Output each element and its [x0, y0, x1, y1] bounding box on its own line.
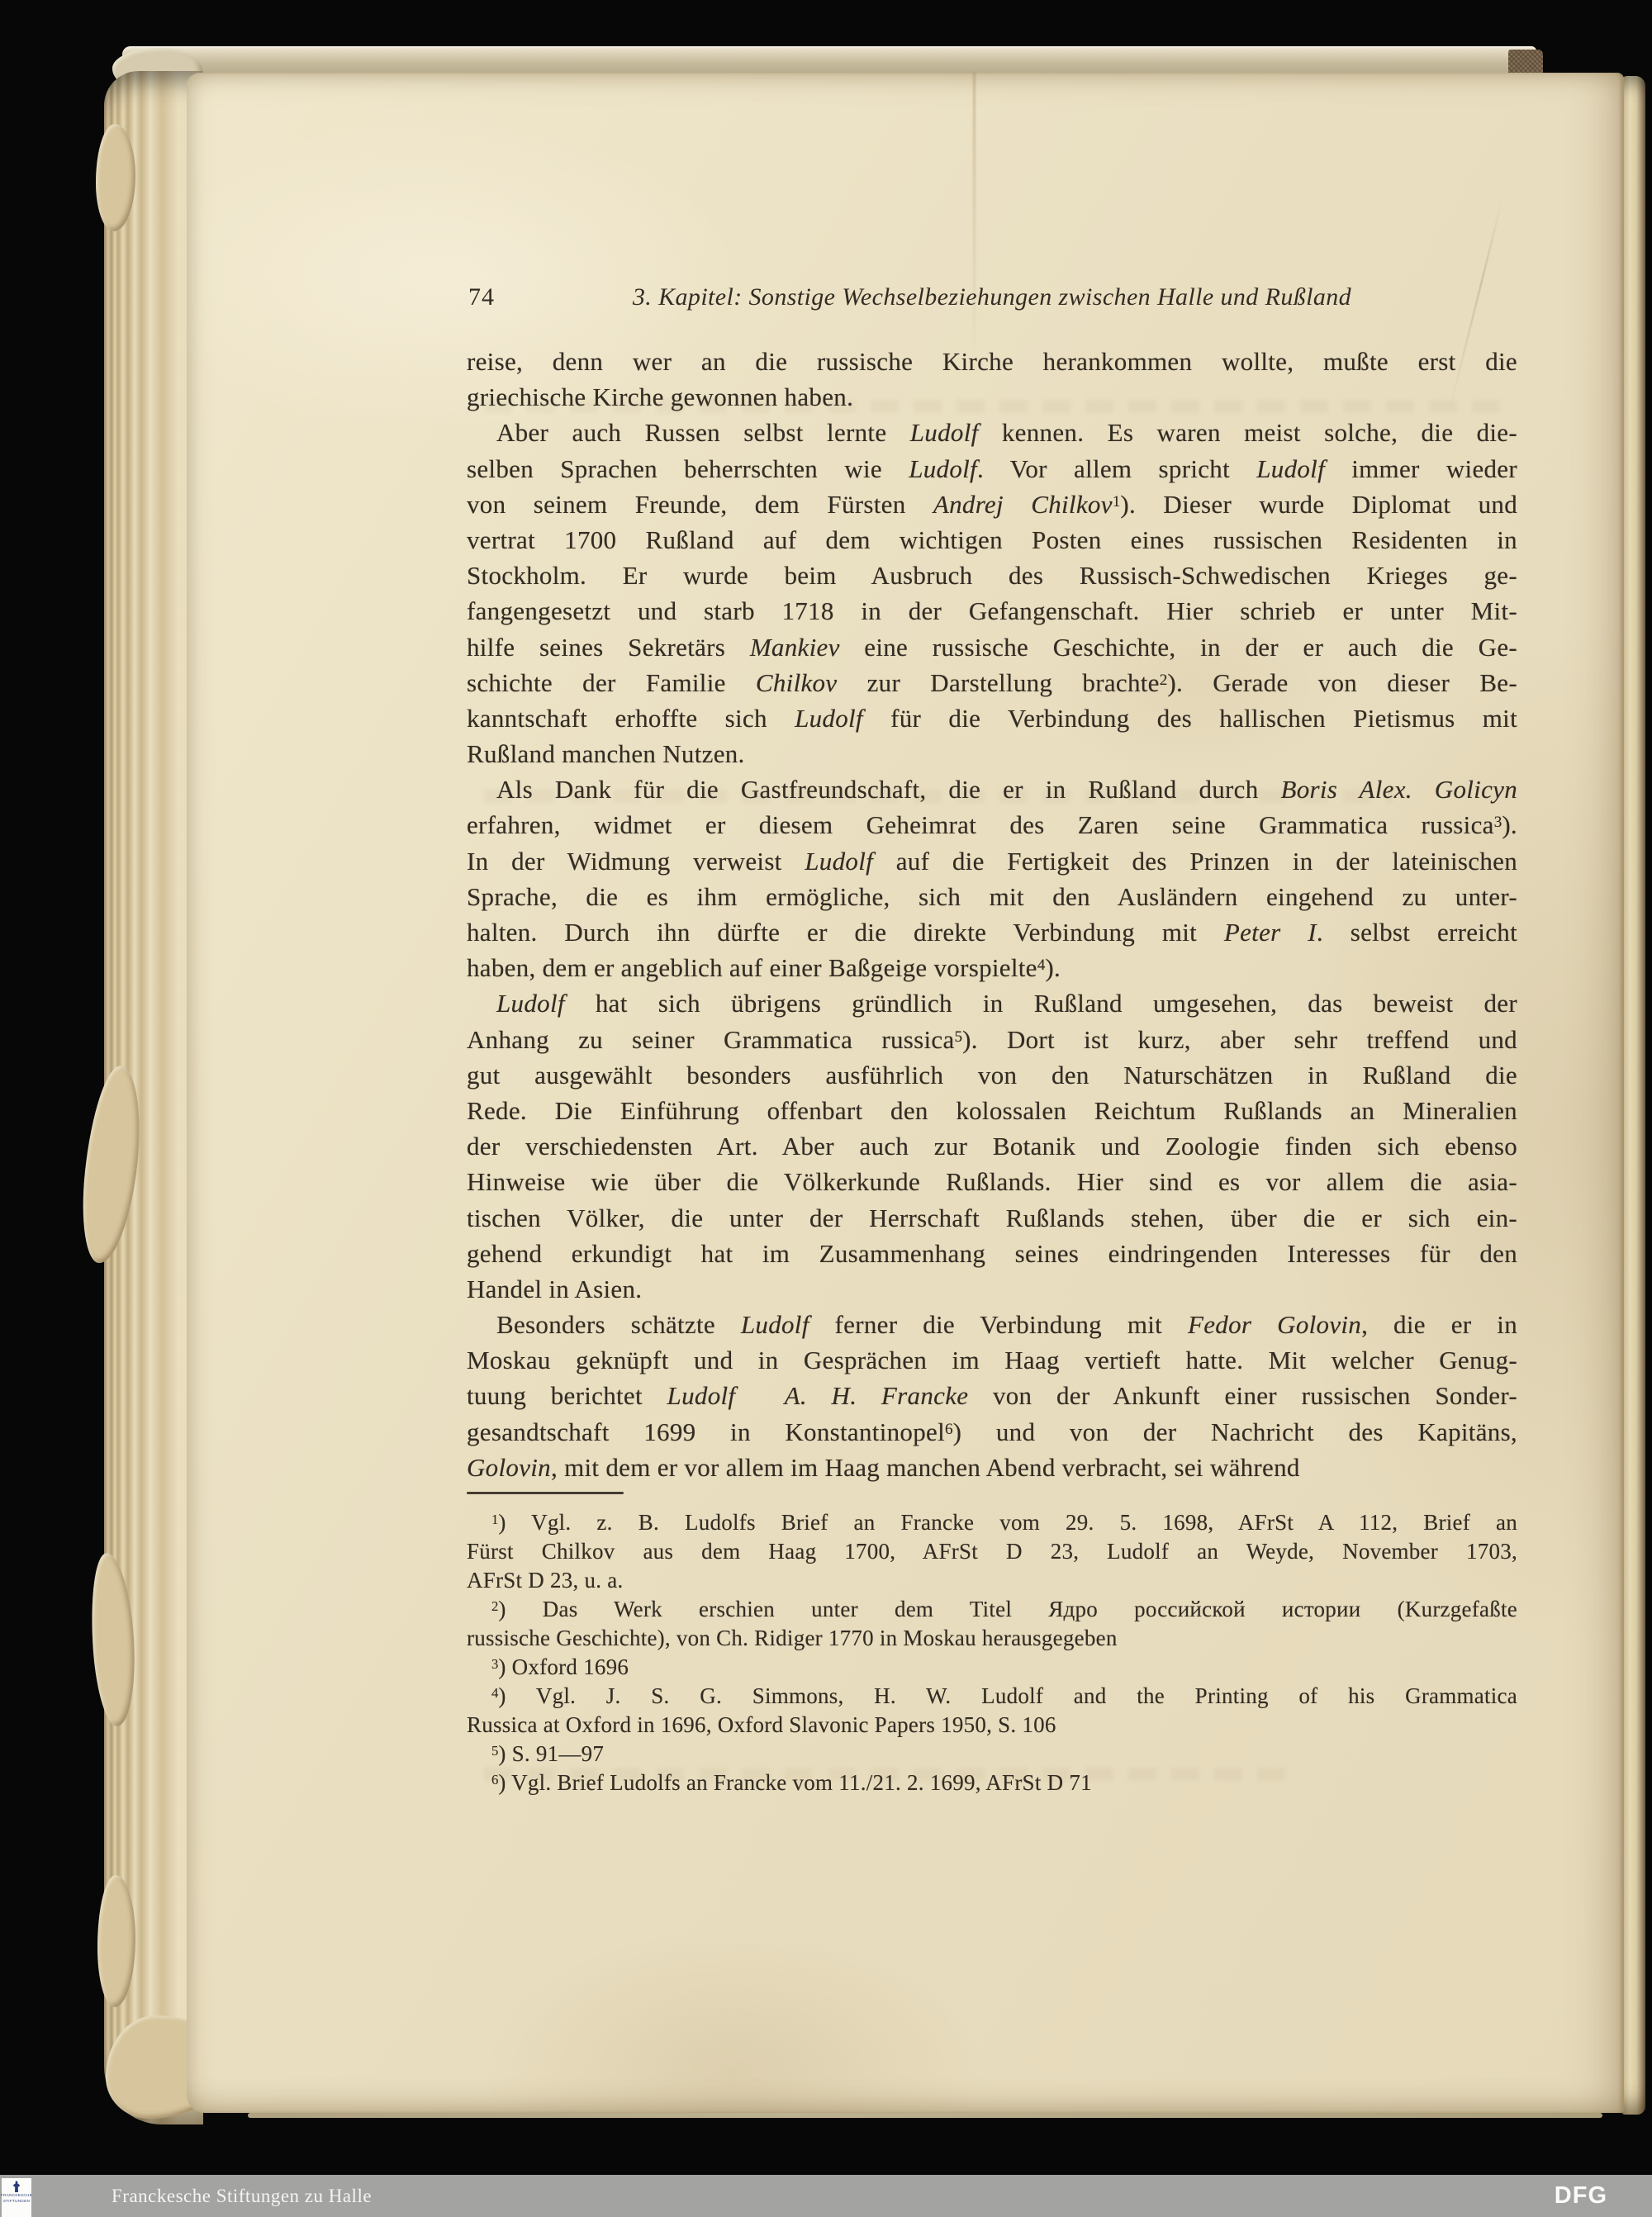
text-line: Anhang zu seiner Grammatica russica5). D…: [467, 1022, 1517, 1057]
text-line: der verschiedensten Art. Aber auch zur B…: [467, 1128, 1517, 1164]
text-line: Golovin, mit dem er vor allem im Haag ma…: [467, 1450, 1517, 1485]
footnote-line: 3) Oxford 1696: [467, 1653, 1517, 1682]
text-line: Sprache, die es ihm ermögliche, sich mit…: [467, 879, 1517, 914]
text-line: Als Dank für die Gastfreundschaft, die e…: [467, 771, 1517, 807]
text-line: gut ausgewählt besonders ausführlich von…: [467, 1057, 1517, 1093]
footnote-line: 2) Das Werk erschien unter dem Titel Ядр…: [467, 1595, 1517, 1624]
text-line: gesandtschaft 1699 in Konstantinopel6) u…: [467, 1414, 1517, 1450]
text-line: tuung berichtet Ludolf A. H. Francke von…: [467, 1378, 1517, 1413]
text-line: vertrat 1700 Rußland auf dem wichtigen P…: [467, 522, 1517, 558]
footnote-line: AFrSt D 23, u. a.: [467, 1566, 1517, 1595]
text-line: In der Widmung verweist Ludolf auf die F…: [467, 843, 1517, 879]
footnote-line: 6) Vgl. Brief Ludolfs an Francke vom 11.…: [467, 1768, 1517, 1797]
text-line: fangengesetzt und starb 1718 in der Gefa…: [467, 593, 1517, 629]
text-line: reise, denn wer an die russische Kirche …: [467, 344, 1517, 379]
text-line: Hinweise wie über die Völkerkunde Rußlan…: [467, 1164, 1517, 1199]
page-number: 74: [468, 279, 495, 316]
text-line: Besonders schätzte Ludolf ferner die Ver…: [467, 1307, 1517, 1342]
text-line: hilfe seines Sekretärs Mankiev eine russ…: [467, 629, 1517, 665]
dfg-logo: DFG: [1555, 2175, 1607, 2217]
footnotes: 1) Vgl. z. B. Ludolfs Brief an Francke v…: [467, 1508, 1517, 1797]
text-line: Aber auch Russen selbst lernte Ludolf ke…: [467, 415, 1517, 450]
logo-text-line2: STIFTUNGEN: [3, 2199, 30, 2204]
text-line: halten. Durch ihn dürfte er die direkte …: [467, 914, 1517, 950]
footnote-line: 4) Vgl. J. S. G. Simmons, H. W. Ludolf a…: [467, 1682, 1517, 1711]
logo-text-line1: FRANCKESCHE: [1, 2193, 32, 2198]
source-label: Franckesche Stiftungen zu Halle: [112, 2175, 372, 2217]
franckesche-stiftungen-logo: FRANCKESCHE STIFTUNGEN: [2, 2178, 31, 2217]
footnote-line: russische Geschichte), von Ch. Ridiger 1…: [467, 1624, 1517, 1653]
text-line: Handel in Asien.: [467, 1271, 1517, 1307]
text-line: schichte der Familie Chilkov zur Darstel…: [467, 665, 1517, 700]
text-line: Ludolf hat sich übrigens gründlich in Ru…: [467, 985, 1517, 1021]
page-bottom-edge: [248, 2113, 1602, 2118]
scan-viewport: 74 3. Kapitel: Sonstige Wechselbeziehung…: [0, 0, 1652, 2217]
text-line: tischen Völker, die unter der Herrschaft…: [467, 1200, 1517, 1236]
footnote-line: Fürst Chilkov aus dem Haag 1700, AFrSt D…: [467, 1537, 1517, 1566]
text-line: erfahren, widmet er diesem Geheimrat des…: [467, 807, 1517, 843]
footnote-line: 5) S. 91—97: [467, 1740, 1517, 1768]
running-header: 3. Kapitel: Sonstige Wechselbeziehungen …: [467, 279, 1517, 316]
footnote-line: Russica at Oxford in 1696, Oxford Slavon…: [467, 1711, 1517, 1740]
text-line: Moskau geknüpft und in Gesprächen im Haa…: [467, 1342, 1517, 1378]
franckesche-stiftungen-eagle-icon: [13, 2181, 21, 2192]
viewer-status-bar: FRANCKESCHE STIFTUNGEN Franckesche Stift…: [0, 2175, 1652, 2217]
text-line: von seinem Freunde, dem Fürsten Andrej C…: [467, 487, 1517, 522]
footnote-rule: [467, 1492, 624, 1494]
page-crease: [973, 73, 976, 362]
text-line: Rußland manchen Nutzen.: [467, 736, 1517, 771]
text-line: gehend erkundigt hat im Zusammenhang sei…: [467, 1236, 1517, 1271]
footnote-line: 1) Vgl. z. B. Ludolfs Brief an Francke v…: [467, 1508, 1517, 1537]
body-text: reise, denn wer an die russische Kirche …: [467, 344, 1517, 1485]
text-line: selben Sprachen beherrschten wie Ludolf.…: [467, 451, 1517, 487]
page-header: 74 3. Kapitel: Sonstige Wechselbeziehung…: [467, 279, 1517, 316]
text-line: haben, dem er angeblich auf einer Baßgei…: [467, 950, 1517, 985]
text-line: kanntschaft erhoffte sich Ludolf für die…: [467, 700, 1517, 736]
text-line: griechische Kirche gewonnen haben.: [467, 379, 1517, 415]
book-page: 74 3. Kapitel: Sonstige Wechselbeziehung…: [187, 73, 1624, 2113]
text-line: Stockholm. Er wurde beim Ausbruch des Ru…: [467, 558, 1517, 593]
text-line: Rede. Die Einführung offenbart den kolos…: [467, 1093, 1517, 1128]
page-stack-right-edge: [1621, 76, 1645, 2115]
